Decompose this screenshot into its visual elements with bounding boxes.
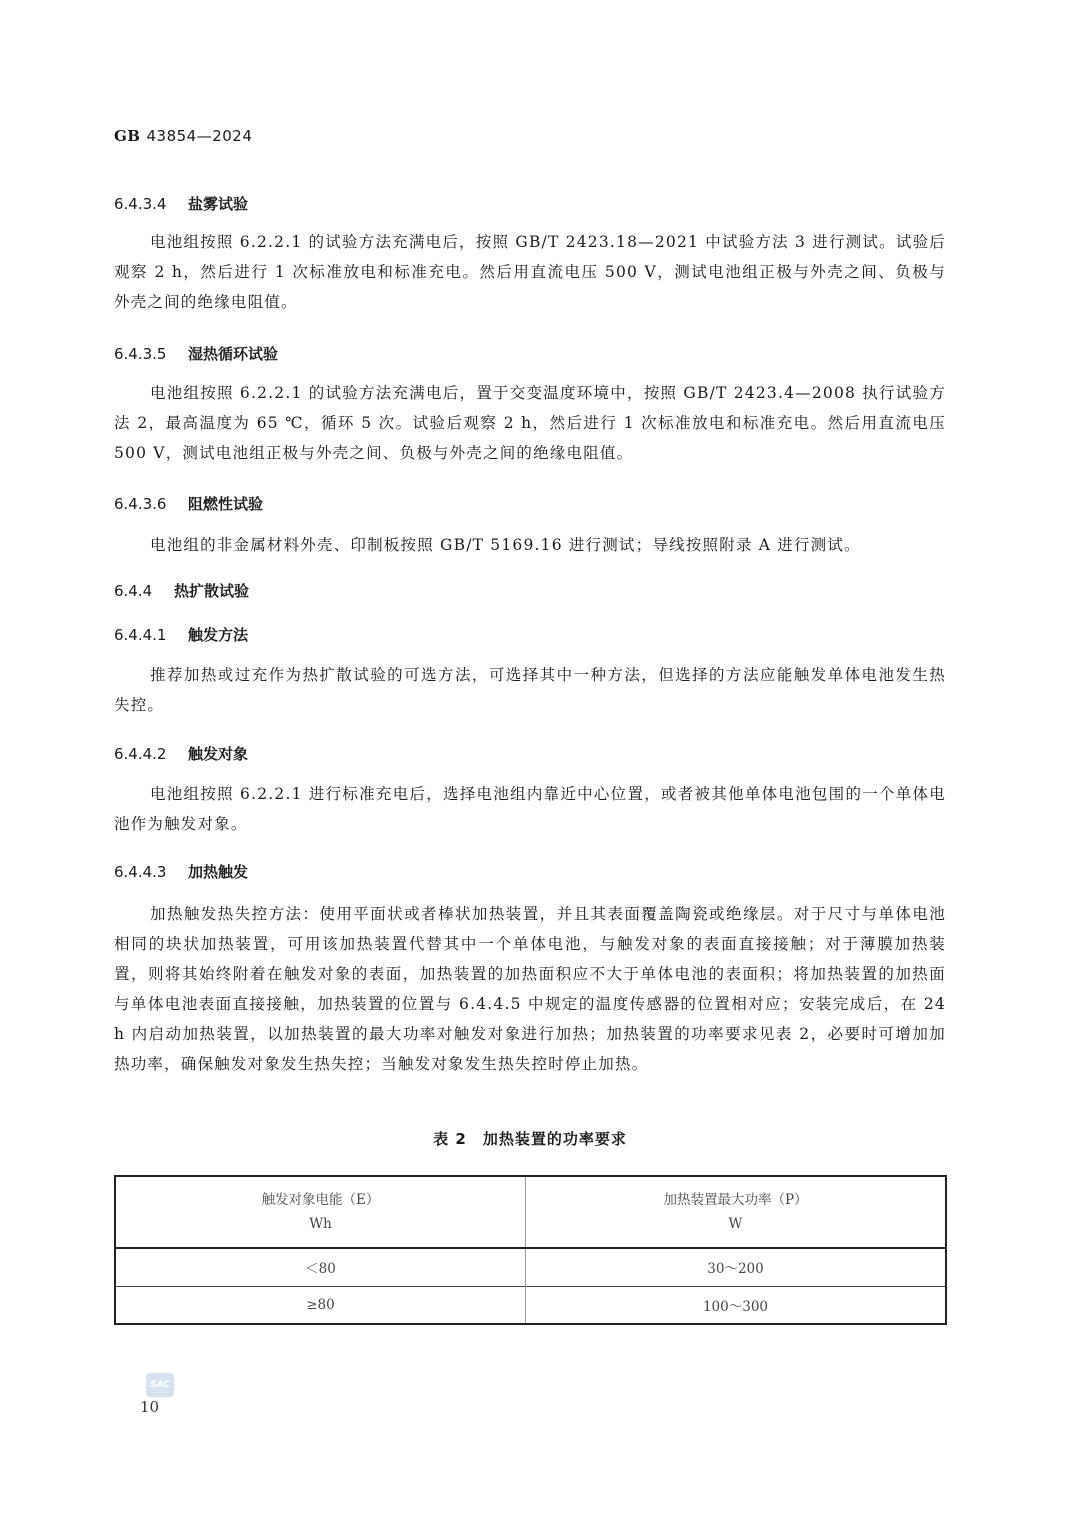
- section-number: 6.4.3.5: [114, 345, 188, 363]
- section-title: 加热触发: [188, 863, 248, 881]
- header-unit: W: [527, 1212, 944, 1236]
- header-label: 触发对象电能（E）: [117, 1188, 524, 1212]
- energy-cell: ≥80: [115, 1286, 526, 1324]
- section-body: 电池组按照 6.2.2.1 的试验方法充满电后，置于交变温度环境中，按照 GB/…: [114, 378, 946, 468]
- column-header-energy: 触发对象电能（E） Wh: [115, 1176, 526, 1248]
- section-heading: 6.4.4热扩散试验: [114, 580, 249, 601]
- section-heading: 6.4.4.1触发方法: [114, 624, 248, 645]
- power-cell: 100～300: [526, 1286, 947, 1324]
- section-number: 6.4.4.2: [114, 745, 188, 763]
- section-heading: 6.4.4.2触发对象: [114, 743, 248, 764]
- table-caption: 表 2 加热装置的功率要求: [0, 1128, 1060, 1149]
- section-number: 6.4.3.6: [114, 495, 188, 513]
- section-number: 6.4.3.4: [114, 195, 188, 213]
- document-header: GB43854—2024: [114, 127, 252, 145]
- section-body: 电池组按照 6.2.2.1 进行标准充电后，选择电池组内靠近中心位置，或者被其他…: [114, 779, 946, 839]
- sac-logo-icon: SAC: [146, 1373, 174, 1397]
- section-title: 阻燃性试验: [188, 495, 263, 513]
- page-number: 10: [140, 1398, 159, 1416]
- section-title: 触发对象: [188, 745, 248, 763]
- section-title: 盐雾试验: [188, 195, 248, 213]
- header-label: 加热装置最大功率（P）: [527, 1188, 944, 1212]
- power-requirements-table: 触发对象电能（E） Wh 加热装置最大功率（P） W ＜80 30～200 ≥8…: [114, 1175, 947, 1325]
- section-body: 加热触发热失控方法：使用平面状或者棒状加热装置，并且其表面覆盖陶瓷或绝缘层。对于…: [114, 899, 946, 1079]
- table-row: ≥80 100～300: [115, 1286, 946, 1324]
- standard-prefix: GB: [114, 127, 141, 145]
- section-body: 电池组的非金属材料外壳、印制板按照 GB/T 5169.16 进行测试；导线按照…: [114, 530, 946, 560]
- section-number: 6.4.4.3: [114, 863, 188, 881]
- section-body: 电池组按照 6.2.2.1 的试验方法充满电后，按照 GB/T 2423.18—…: [114, 227, 946, 317]
- section-title: 湿热循环试验: [188, 345, 278, 363]
- section-heading: 6.4.3.5湿热循环试验: [114, 343, 278, 364]
- table-row: ＜80 30～200: [115, 1248, 946, 1286]
- power-cell: 30～200: [526, 1248, 947, 1286]
- section-title: 触发方法: [188, 626, 248, 644]
- column-header-power: 加热装置最大功率（P） W: [526, 1176, 947, 1248]
- section-title: 热扩散试验: [174, 582, 249, 600]
- section-heading: 6.4.4.3加热触发: [114, 861, 248, 882]
- section-number: 6.4.4.1: [114, 626, 188, 644]
- section-body: 推荐加热或过充作为热扩散试验的可选方法，可选择其中一种方法，但选择的方法应能触发…: [114, 660, 946, 720]
- header-unit: Wh: [117, 1212, 524, 1236]
- section-heading: 6.4.3.4盐雾试验: [114, 193, 248, 214]
- energy-cell: ＜80: [115, 1248, 526, 1286]
- standard-code: 43854—2024: [147, 127, 253, 145]
- section-number: 6.4.4: [114, 582, 174, 600]
- table-header-row: 触发对象电能（E） Wh 加热装置最大功率（P） W: [115, 1176, 946, 1248]
- section-heading: 6.4.3.6阻燃性试验: [114, 493, 263, 514]
